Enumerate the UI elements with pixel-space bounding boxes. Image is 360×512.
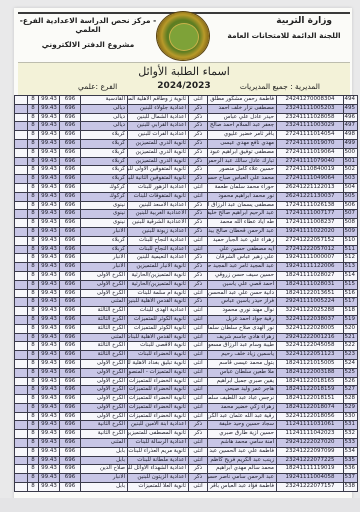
school-name: ثانوية الكوثر للمتميزات: [128, 324, 189, 333]
gender: انثى: [189, 315, 208, 324]
table-row: 52818241122018151نرجس عباد عبد اللطيف سل…: [15, 395, 358, 404]
average: 99.43: [39, 412, 60, 421]
student-name: يقين صبري جميل ابراهيم: [208, 377, 277, 386]
directorate: نينوى: [81, 201, 128, 210]
gender: ذكر: [189, 219, 208, 228]
table-row: 52129241222001216زهراء هادي جاسم شريفانث…: [15, 333, 358, 342]
empty-cell: [15, 359, 28, 368]
table-row: 51932241122038037رقية جواد احمد غزيلانثى…: [15, 315, 358, 324]
student-name: حوراء محمد سلمان طعمة: [208, 183, 277, 192]
empty-cell: [15, 386, 28, 395]
exam-id: 32241122045058: [277, 342, 344, 351]
exam-id: 19241111022020: [277, 227, 344, 236]
student-name: عبد الرحمن سامي ناصر حسين: [208, 474, 277, 483]
gender: انثى: [189, 447, 208, 456]
row-number: 517: [344, 298, 358, 307]
row-number: 529: [344, 403, 358, 412]
gender: ذكر: [189, 166, 208, 175]
row-number: 500: [344, 148, 358, 157]
table-row: 52418241121015005بتول محمد عيسى قاسمانثى…: [15, 359, 358, 368]
rank: 8: [28, 192, 39, 201]
directorate: كربلاء: [81, 131, 128, 140]
table-row: 50817241111008237طه اياد عطاء الله محمدذ…: [15, 219, 358, 228]
exam-id: 27241111019070: [277, 139, 344, 148]
total-score: 696: [60, 368, 81, 377]
gender: ذكر: [189, 263, 208, 272]
exam-id: 27241222057152: [277, 236, 344, 245]
student-name: نور الهدى صلاح سلطان سلمان: [208, 324, 277, 333]
school-name: ثانوية الانبار للمتميزين: [128, 263, 189, 272]
gender: انثى: [189, 395, 208, 404]
empty-cell: [15, 465, 28, 474]
row-number: 527: [344, 386, 358, 395]
empty-cell: [15, 263, 28, 272]
school-name: اعدادية جلولاء للبنين: [128, 104, 189, 113]
empty-cell: [15, 175, 28, 184]
exam-id: 17241111026138: [277, 201, 344, 210]
row-number: 514: [344, 271, 358, 280]
table-row: 51319241111122006عبد المجيد ثامر عبد الم…: [15, 263, 358, 272]
rank: 8: [28, 183, 39, 192]
total-score: 696: [60, 483, 81, 492]
row-number: 524: [344, 359, 358, 368]
table-row: 49927241111019070مهدي نافع مهدي عيسىذكرث…: [15, 139, 358, 148]
total-score: 696: [60, 96, 81, 105]
row-number: 526: [344, 377, 358, 386]
student-name: نرجس عباد عبد اللطيف سلمان: [208, 395, 277, 404]
rank: 8: [28, 263, 39, 272]
average: 99.43: [39, 456, 60, 465]
table-row: 53823241222077157فاطمة فؤاد عبد العباس ب…: [15, 483, 358, 492]
committee-name: اللجنة الدائمة للامتحانات العامة: [224, 31, 344, 40]
school-name: اعدادية الاسعد للبنين: [128, 201, 189, 210]
total-score: 696: [60, 263, 81, 272]
ministry-name: وزارة التربية: [224, 16, 332, 26]
empty-cell: [15, 201, 28, 210]
directorate: الكرخ الاولى: [81, 403, 128, 412]
school-name: ثانوية الدري للمتميزين: [128, 148, 189, 157]
row-number: 510: [344, 236, 358, 245]
empty-cell: [15, 280, 28, 289]
directorate: الكرخ الاولى: [81, 289, 128, 298]
school-name: ثانوية المتفوقين الثانية للبنين: [128, 175, 189, 184]
average: 99.43: [39, 113, 60, 122]
school-name: الاعدادية الشرقية للبنين: [128, 219, 189, 228]
table-row: 49827241111014054باقر ثامر خضير عليويذكر…: [15, 131, 358, 140]
exam-id: 23241222077225: [277, 456, 344, 465]
rank: 8: [28, 298, 39, 307]
school-name: ثانوية الخضراء للبنات: [128, 351, 189, 360]
school-name: ثانوية الدري للمتميزين: [128, 139, 189, 148]
student-name: نوال مهند نوري محمود: [208, 307, 277, 316]
rank: 8: [28, 210, 39, 219]
school-name: ثانوية الخضراء للمتميزات: [128, 403, 189, 412]
student-name: ايه مصطفى حسين علي: [208, 245, 277, 254]
empty-cell: [15, 289, 28, 298]
exam-id: 23241111005203: [277, 104, 344, 113]
empty-cell: [15, 342, 28, 351]
empty-cell: [15, 183, 28, 192]
directorate: الكرخ الاولى: [81, 377, 128, 386]
empty-cell: [15, 333, 28, 342]
rank: 8: [28, 254, 39, 263]
directorate: كربلاء: [81, 139, 128, 148]
page-bottom-shadow: [0, 498, 360, 512]
directorate: الانبار: [81, 263, 128, 272]
directorate: الكرخ الاولى: [81, 359, 128, 368]
directorate: بابل: [81, 447, 128, 456]
ministry-emblem-icon: [157, 12, 209, 60]
rank: 8: [28, 219, 39, 228]
school-name: ثانوية الخضراء للمتميزات: [128, 377, 189, 386]
gender: ذكر: [189, 254, 208, 263]
empty-cell: [15, 122, 28, 131]
exam-id: 18241122018074: [277, 403, 344, 412]
gender: انثى: [189, 183, 208, 192]
row-number: 516: [344, 289, 358, 298]
average: 99.43: [39, 377, 60, 386]
rank: 8: [28, 236, 39, 245]
total-score: 696: [60, 456, 81, 465]
row-number: 515: [344, 280, 358, 289]
student-name: حيدر عادل علي عباس: [208, 113, 277, 122]
directorate: ديالى: [81, 122, 128, 131]
average: 99.43: [39, 254, 60, 263]
student-name: زهراء زكي خضير محمد: [208, 403, 277, 412]
row-number: 533: [344, 439, 358, 448]
directorate: بابل: [81, 483, 128, 492]
exam-id: 27241111079040: [277, 157, 344, 166]
empty-cell: [15, 236, 28, 245]
row-number: 497: [344, 122, 358, 131]
average: 99.43: [39, 447, 60, 456]
exam-id: 29241111005224: [277, 298, 344, 307]
student-name: حسين سيف حسن زروقي: [208, 271, 277, 280]
student-name: سجاد حسين وحيد خليفة: [208, 421, 277, 430]
rank: 8: [28, 96, 39, 105]
gender: ذكر: [189, 104, 208, 113]
row-number: 509: [344, 227, 358, 236]
rank: 8: [28, 271, 39, 280]
table-row: 53719241111004058عبد الرحمن سامي ناصر حس…: [15, 474, 358, 483]
total-score: 696: [60, 219, 81, 228]
student-name: فاطمة علي عبد الحسين عبد الامير: [208, 447, 277, 456]
table-row: 49723241111003029جعفر عبد السلام احمد صا…: [15, 122, 358, 131]
total-score: 696: [60, 412, 81, 421]
average: 99.43: [39, 148, 60, 157]
school-name: اعدادية الشمال للبنين: [128, 113, 189, 122]
rank: 8: [28, 474, 39, 483]
directorate: الكرخ الاولى: [81, 280, 128, 289]
gender: ذكر: [189, 421, 208, 430]
table-row: 50127241111079040تبارك عادل سالك عبد الر…: [15, 157, 358, 166]
total-score: 696: [60, 113, 81, 122]
student-name: حسين ازية طارق صبري: [208, 430, 277, 439]
directorate: الكرخ الثالثة: [81, 307, 128, 316]
table-row: 52032241122028005نور الهدى صلاح سلطان سل…: [15, 324, 358, 333]
table-row: 50526241221130037نور محمد ابراهيم محمودا…: [15, 192, 358, 201]
gender: انثى: [189, 368, 208, 377]
rank: 8: [28, 122, 39, 131]
average: 99.43: [39, 298, 60, 307]
exam-id: 27241222057012: [277, 245, 344, 254]
center-name: - مركز نحص الدراسة الاعدادية الفرع- العل…: [18, 16, 158, 34]
empty-cell: [15, 456, 28, 465]
page-title: اسماء الطلبة الأوائل: [18, 65, 350, 78]
total-score: 696: [60, 430, 81, 439]
student-name: جعفر عبد السلام احمد صالح: [208, 122, 277, 131]
exam-id: 19241111004058: [277, 474, 344, 483]
student-name: دانية حسن علي عبد المحسن: [208, 289, 277, 298]
directorate: كركوك: [81, 192, 128, 201]
empty-cell: [15, 245, 28, 254]
exam-id: 18241122013651: [277, 289, 344, 298]
total-score: 696: [60, 148, 81, 157]
title-band: اسماء الطلبة الأوائل المديرية : جميع الم…: [18, 62, 350, 96]
school-name: ثانوية ام سلمة للبنات: [128, 289, 189, 298]
average: 99.43: [39, 96, 60, 105]
average: 99.43: [39, 219, 60, 228]
total-score: 696: [60, 289, 81, 298]
empty-cell: [15, 483, 28, 492]
directorate: نينوى: [81, 210, 128, 219]
student-name: مصطفى نزار خلف احمد: [208, 104, 277, 113]
school-name: ثانوية الكوثر للمتميزات: [128, 315, 189, 324]
table-row: 52332241122051123ياسمين زياد خلف رحيمانث…: [15, 351, 358, 360]
exam-id: 32241122018056: [277, 412, 344, 421]
directorate: كربلاء: [81, 166, 128, 175]
rank: 8: [28, 333, 39, 342]
exam-id: 18241122018151: [277, 395, 344, 404]
total-score: 696: [60, 245, 81, 254]
row-number: 523: [344, 351, 358, 360]
table-row: 50617241111026138مصطفى يسمان عبد الرزاق …: [15, 201, 358, 210]
total-score: 696: [60, 104, 81, 113]
average: 99.43: [39, 333, 60, 342]
table-row: 53211241111042023حسين ازية طارق صبريذكرث…: [15, 430, 358, 439]
total-score: 696: [60, 333, 81, 342]
directorate: كربلاء: [81, 245, 128, 254]
directorate: كربلاء: [81, 175, 128, 184]
table-row: 52232241122045058طيبة وسام عبد الرزاق مس…: [15, 342, 358, 351]
rank: 8: [28, 430, 39, 439]
row-number: 508: [344, 219, 358, 228]
rank: 8: [28, 324, 39, 333]
average: 99.43: [39, 236, 60, 245]
directorate: الكرخ الاولى: [81, 412, 128, 421]
total-score: 696: [60, 315, 81, 324]
rank: 8: [28, 245, 39, 254]
table-row: 53032241122018056رقية عبد الله عثمان عبد…: [15, 412, 358, 421]
rank: 8: [28, 175, 39, 184]
table-row: 53423241222097099فاطمة علي عبد الحسين عب…: [15, 447, 358, 456]
gender: ذكر: [189, 271, 208, 280]
student-name: ملا طعين سلطان عباس: [208, 368, 277, 377]
directorate: القادسية: [81, 96, 128, 105]
rank: 8: [28, 139, 39, 148]
table-row: 50327241111049064محمد علي العباس صباح حس…: [15, 175, 358, 184]
table-row: 52518241122003188ملا طعين سلطان عباسانثى…: [15, 368, 358, 377]
gender: ذكر: [189, 430, 208, 439]
empty-cell: [15, 439, 28, 448]
average: 99.43: [39, 104, 60, 113]
empty-cell: [15, 447, 28, 456]
rank: 8: [28, 403, 39, 412]
exam-id: 23241222077157: [277, 483, 344, 492]
row-number: 528: [344, 395, 358, 404]
gender: انثى: [189, 96, 208, 105]
directorate: كربلاء: [81, 236, 128, 245]
empty-cell: [15, 430, 28, 439]
row-number: 532: [344, 430, 358, 439]
total-score: 696: [60, 157, 81, 166]
rank: 8: [28, 315, 39, 324]
gender: ذكر: [189, 201, 208, 210]
total-score: 696: [60, 377, 81, 386]
average: 99.43: [39, 192, 60, 201]
total-score: 696: [60, 183, 81, 192]
emblem-center-icon: [169, 23, 199, 51]
total-score: 696: [60, 307, 81, 316]
gender: انثى: [189, 439, 208, 448]
table-row: 50027241111019064مصطفى توفيق ابراهيم عبو…: [15, 148, 358, 157]
gender: انثى: [189, 324, 208, 333]
gender: ذكر: [189, 131, 208, 140]
average: 99.43: [39, 474, 60, 483]
directorate: الانبار: [81, 254, 128, 263]
rank: 8: [28, 104, 39, 113]
exam-id: 32241122025288: [277, 307, 344, 316]
average: 99.43: [39, 139, 60, 148]
average: 99.43: [39, 342, 60, 351]
gender: ذكر: [189, 465, 208, 474]
school-name: اعدادية النجاح للبنات: [128, 245, 189, 254]
gender: انثى: [189, 456, 208, 465]
average: 99.43: [39, 157, 60, 166]
student-name: زهراء هادي جاسم شريف: [208, 333, 277, 342]
directorate: بابل: [81, 456, 128, 465]
empty-cell: [15, 377, 28, 386]
average: 99.43: [39, 307, 60, 316]
table-row: 51027241222057152زهراء علي عبد الجبار حم…: [15, 236, 358, 245]
directorate: الكرخ الثالثة: [81, 324, 128, 333]
gender: ذكر: [189, 139, 208, 148]
student-name: محمد سالم مهدي ابراهيم: [208, 465, 277, 474]
gender: ذكر: [189, 474, 208, 483]
row-number: 537: [344, 474, 358, 483]
row-number: 518: [344, 307, 358, 316]
average: 99.43: [39, 263, 60, 272]
empty-cell: [15, 192, 28, 201]
academic-year: 2024/2023: [18, 81, 350, 91]
school-name: اعدادية الزهور للبنات: [128, 183, 189, 192]
empty-cell: [15, 403, 28, 412]
empty-cell: [15, 315, 28, 324]
gender: انثى: [189, 289, 208, 298]
total-score: 696: [60, 166, 81, 175]
student-name: احمد قصي علي ياسين: [208, 280, 277, 289]
average: 99.43: [39, 403, 60, 412]
gender: انثى: [189, 386, 208, 395]
rank: 8: [28, 307, 39, 316]
average: 99.43: [39, 386, 60, 395]
rank: 8: [28, 439, 39, 448]
exam-id: 27241111019064: [277, 148, 344, 157]
average: 99.43: [39, 175, 60, 184]
average: 99.43: [39, 465, 60, 474]
directorate: كركوك: [81, 183, 128, 192]
exam-id: 26241221130037: [277, 192, 344, 201]
average: 99.43: [39, 289, 60, 298]
exam-id: 29241222001216: [277, 333, 344, 342]
total-score: 696: [60, 395, 81, 404]
exam-id: 32241122038037: [277, 315, 344, 324]
exam-id: 32241122028005: [277, 324, 344, 333]
header-ministry-block: وزارة التربية اللجنة الدائمة للامتحانات …: [224, 16, 344, 40]
school-name: ثانوية العلا للمتميزات: [128, 483, 189, 492]
total-score: 696: [60, 131, 81, 140]
gender: انثى: [189, 351, 208, 360]
school-name: اعدادية الزيتون للبنين: [128, 474, 189, 483]
row-number: 536: [344, 465, 358, 474]
table-row: 51729241111005224فراز حيدر ياسين عباسذكر…: [15, 298, 358, 307]
empty-cell: [15, 148, 28, 157]
rank: 8: [28, 280, 39, 289]
directorate: الكرخ الاولى: [81, 368, 128, 377]
school-name: ثانوية تبليق بغداد الاهلية للبنات: [128, 359, 189, 368]
total-score: 696: [60, 192, 81, 201]
table-row: 53111241111031061سجاد حسين وحيد خليفةذكر…: [15, 421, 358, 430]
directorate: الكرخ الثالثة: [81, 351, 128, 360]
school-name: اعدادية ابنة الامين للبنين: [128, 421, 189, 430]
empty-cell: [15, 351, 28, 360]
row-number: 511: [344, 245, 358, 254]
empty-cell: [15, 157, 28, 166]
gender: انثى: [189, 333, 208, 342]
school-name: اعدادية النعيمية للبنين: [128, 254, 189, 263]
gender: انثى: [189, 245, 208, 254]
exam-id: 29241222027020: [277, 439, 344, 448]
table-row: 51618241122013651دانية حسن علي عبد المحس…: [15, 289, 358, 298]
gender: انثى: [189, 483, 208, 492]
rank: 8: [28, 201, 39, 210]
table-row: 51219241111000007علي زهير عباس الشرقانذك…: [15, 254, 358, 263]
row-number: 530: [344, 412, 358, 421]
row-number: 499: [344, 139, 358, 148]
school-name: ثانوية مريم العذراء للبنات: [128, 447, 189, 456]
empty-cell: [15, 96, 28, 105]
total-score: 696: [60, 236, 81, 245]
total-score: 696: [60, 359, 81, 368]
average: 99.43: [39, 201, 60, 210]
empty-cell: [15, 474, 28, 483]
header-center-block: - مركز نحص الدراسة الاعدادية الفرع- العل…: [18, 16, 158, 49]
total-score: 696: [60, 342, 81, 351]
total-score: 696: [60, 280, 81, 289]
empty-cell: [15, 421, 28, 430]
average: 99.43: [39, 166, 60, 175]
school-name: اعدادية الرسالة للبنات: [128, 439, 189, 448]
table-row: 49424241270008304فاطمة رحمن مشكور مطلقان…: [15, 96, 358, 105]
student-name: عبد الرحيم ابراهيم صالح خليف: [208, 210, 277, 219]
directorate: الكرخ الاولى: [81, 386, 128, 395]
table-row: 51127241222057012ايه مصطفى حسين عليانثىا…: [15, 245, 358, 254]
empty-cell: [15, 104, 28, 113]
total-score: 696: [60, 139, 81, 148]
student-name: تبارك عادل سالك عبد الرحمن: [208, 157, 277, 166]
school-name: ثانوية الخضراء للمتميزات: [128, 412, 189, 421]
directorate: الكرخ الثالثة: [81, 315, 128, 324]
